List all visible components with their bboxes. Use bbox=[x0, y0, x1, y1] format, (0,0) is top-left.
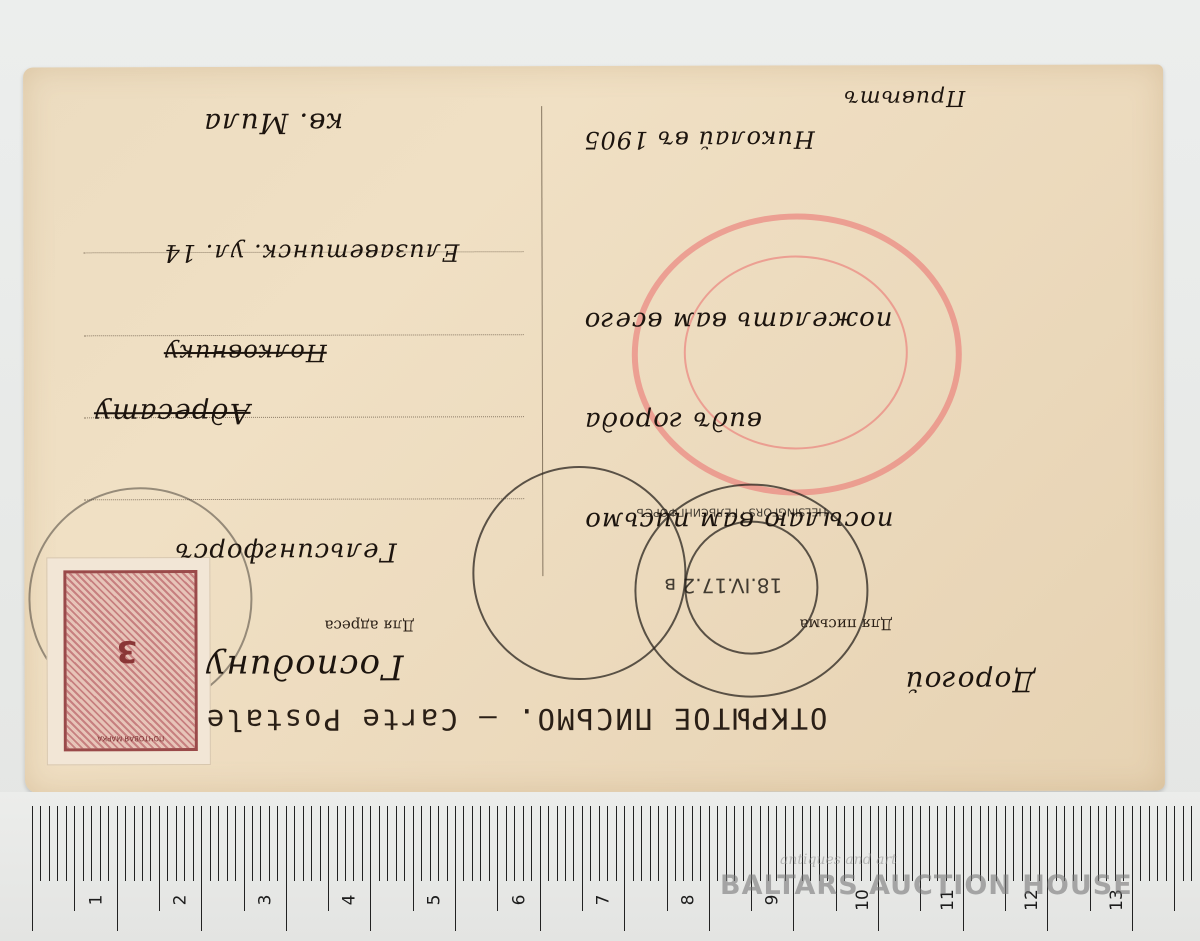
ruler-tick bbox=[1166, 806, 1167, 881]
ruler-label: 6 bbox=[509, 895, 529, 906]
ruler-tick bbox=[658, 806, 659, 881]
label-address: Для адреса bbox=[324, 616, 414, 634]
ruler-tick bbox=[74, 806, 75, 911]
ruler-tick bbox=[303, 806, 304, 881]
ruler-tick bbox=[421, 806, 422, 881]
ruler-label: 8 bbox=[678, 895, 698, 906]
handwriting-line: Дорогой bbox=[905, 665, 1036, 698]
ruler-tick bbox=[32, 806, 33, 931]
ruler-tick bbox=[455, 806, 456, 931]
ruler-tick bbox=[480, 806, 481, 881]
handwriting-line: Гельсингфорсъ bbox=[174, 537, 396, 568]
ruler-tick bbox=[134, 806, 135, 881]
ruler-tick bbox=[1174, 806, 1175, 911]
ruler-tick bbox=[557, 806, 558, 881]
ruler-tick bbox=[269, 806, 270, 881]
ruler-tick bbox=[286, 806, 287, 931]
ruler-tick bbox=[683, 806, 684, 881]
ruler-tick bbox=[370, 806, 371, 931]
ruler-tick bbox=[353, 806, 354, 881]
handwriting-line: Полковнику bbox=[164, 339, 327, 367]
ruler-tick bbox=[616, 806, 617, 881]
ruler-tick bbox=[650, 806, 651, 881]
ruler-tick bbox=[40, 806, 41, 881]
postage-stamp-caption: ПОЧТОВАЯ МАРКА bbox=[71, 734, 191, 742]
ruler-tick bbox=[641, 806, 642, 881]
ruler-tick bbox=[582, 806, 583, 911]
ruler-tick bbox=[430, 806, 431, 881]
ruler-label: 5 bbox=[424, 895, 444, 906]
ruler-tick bbox=[548, 806, 549, 881]
handwriting-line: Елизаветинск. ул. 14 bbox=[164, 238, 460, 267]
ruler-tick bbox=[193, 806, 194, 881]
ruler-tick bbox=[328, 806, 329, 911]
handwriting-line: кв. Мила bbox=[203, 107, 343, 140]
ruler-tick bbox=[387, 806, 388, 881]
ruler-tick bbox=[108, 806, 109, 881]
ruler-tick bbox=[700, 806, 701, 881]
ruler-tick bbox=[66, 806, 67, 881]
ruler-tick bbox=[1149, 806, 1150, 881]
ruler-tick bbox=[201, 806, 202, 931]
ruler-tick bbox=[345, 806, 346, 881]
ruler-tick bbox=[235, 806, 236, 881]
ruler-tick bbox=[413, 806, 414, 911]
ruler-tick bbox=[167, 806, 168, 881]
ruler-tick bbox=[83, 806, 84, 881]
ruler-tick bbox=[1157, 806, 1158, 881]
ruler-tick bbox=[565, 806, 566, 881]
ruler-tick bbox=[252, 806, 253, 881]
ruler-tick bbox=[159, 806, 160, 911]
ruler-tick bbox=[1047, 806, 1048, 931]
ruler-tick bbox=[675, 806, 676, 881]
ruler-tick bbox=[667, 806, 668, 911]
ruler-tick bbox=[244, 806, 245, 911]
ruler-tick bbox=[793, 806, 794, 931]
ruler-tick bbox=[438, 806, 439, 881]
ruler-tick bbox=[590, 806, 591, 881]
ruler-tick bbox=[878, 806, 879, 931]
ruler-tick bbox=[1183, 806, 1184, 881]
ruler-label: 7 bbox=[594, 895, 614, 906]
ruler-label: 3 bbox=[255, 895, 275, 906]
ruler-tick bbox=[531, 806, 532, 881]
ruler-tick bbox=[100, 806, 101, 881]
ruler-tick bbox=[497, 806, 498, 911]
ruler-tick bbox=[337, 806, 338, 881]
ruler-tick bbox=[260, 806, 261, 881]
ruler-tick bbox=[624, 806, 625, 931]
ruler: 12345678910111213 bbox=[0, 792, 1200, 941]
ruler-label: 4 bbox=[340, 895, 360, 906]
ruler-tick bbox=[379, 806, 380, 881]
ruler-tick bbox=[57, 806, 58, 881]
ruler-tick bbox=[1191, 806, 1192, 881]
ruler-tick bbox=[447, 806, 448, 881]
ruler-tick bbox=[463, 806, 464, 881]
handwriting-line: Господину bbox=[205, 646, 404, 687]
ruler-tick bbox=[117, 806, 118, 931]
ruler-tick bbox=[607, 806, 608, 881]
ruler-tick bbox=[277, 806, 278, 881]
ruler-tick bbox=[506, 806, 507, 881]
ruler-tick bbox=[320, 806, 321, 881]
handwriting-line: видъ города bbox=[584, 406, 762, 436]
postmark-date: 18.IV.17.2 в bbox=[664, 574, 782, 598]
ruler-tick bbox=[218, 806, 219, 881]
ruler-tick bbox=[540, 806, 541, 931]
ruler-tick bbox=[91, 806, 92, 881]
ruler-tick bbox=[633, 806, 634, 881]
ruler-tick bbox=[472, 806, 473, 881]
ruler-tick bbox=[396, 806, 397, 881]
ruler-tick bbox=[227, 806, 228, 881]
handwriting-line: Привѣтъ bbox=[843, 85, 965, 110]
postage-stamp: 3 ПОЧТОВАЯ МАРКА bbox=[46, 557, 211, 765]
ruler-tick bbox=[176, 806, 177, 881]
ruler-tick bbox=[489, 806, 490, 881]
ruler-tick bbox=[599, 806, 600, 881]
address-line bbox=[84, 334, 524, 336]
ruler-tick bbox=[1140, 806, 1141, 881]
ruler-tick bbox=[150, 806, 151, 881]
ruler-tick bbox=[717, 806, 718, 881]
ruler-tick bbox=[311, 806, 312, 881]
ruler-tick bbox=[963, 806, 964, 931]
ruler-tick bbox=[523, 806, 524, 881]
ruler-label: 1 bbox=[86, 895, 106, 906]
ruler-tick bbox=[294, 806, 295, 881]
postage-stamp-design: 3 ПОЧТОВАЯ МАРКА bbox=[63, 570, 197, 751]
ruler-tick bbox=[49, 806, 50, 881]
watermark-subtitle: antiques and art bbox=[780, 852, 897, 868]
ruler-tick bbox=[692, 806, 693, 881]
ruler-tick bbox=[125, 806, 126, 881]
handwriting-line: Николай въ 1905 bbox=[583, 125, 815, 154]
ruler-tick bbox=[1132, 806, 1133, 931]
ruler-tick bbox=[573, 806, 574, 881]
ruler-tick bbox=[210, 806, 211, 881]
handwriting-line: Адресату bbox=[94, 397, 251, 430]
postcard: 18.IV.17.2 в HELSINGFORS · ГЕЛЬСИНГФОРСЪ… bbox=[23, 65, 1165, 794]
ruler-tick bbox=[142, 806, 143, 881]
label-letter: Для письма bbox=[799, 615, 892, 633]
handwriting-line: посылаю вам письмо bbox=[584, 505, 893, 536]
printed-heading: ОТКРЫТОЕ ПИСЬМО. — Carte Postale bbox=[205, 701, 828, 737]
watermark: BALTARS AUCTION HOUSE bbox=[720, 870, 1133, 901]
ruler-tick bbox=[404, 806, 405, 881]
ruler-tick bbox=[362, 806, 363, 881]
postage-stamp-value: 3 bbox=[117, 633, 138, 668]
handwriting-line: пожелать вам всего bbox=[584, 305, 893, 336]
ruler-tick bbox=[514, 806, 515, 881]
ruler-tick bbox=[184, 806, 185, 881]
ruler-label: 2 bbox=[171, 895, 191, 906]
ruler-tick bbox=[709, 806, 710, 931]
